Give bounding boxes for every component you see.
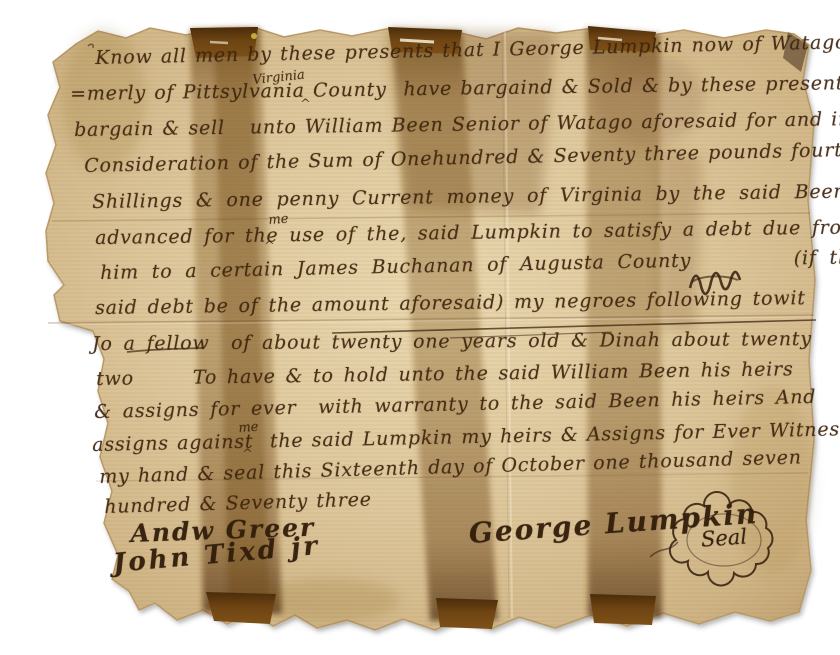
manuscript-line: & assigns for ever with warranty to the … bbox=[94, 387, 817, 424]
manuscript-line: advanced for the use of the, said Lumpki… bbox=[95, 217, 840, 250]
interline-insertion: me bbox=[238, 421, 259, 435]
manuscript-text: Know all men by these presents that I Ge… bbox=[0, 0, 840, 655]
caret-mark: ^ bbox=[300, 98, 311, 111]
caret-mark: ^ bbox=[242, 448, 253, 461]
manuscript-line: Jo a fellow of about twenty one years ol… bbox=[92, 329, 812, 356]
manuscript-line: said debt be of the amount aforesaid) my… bbox=[95, 288, 806, 320]
manuscript-line: Shillings & one penny Current money of V… bbox=[92, 181, 840, 213]
manuscript-line: =merly of Pittsylvania County have barga… bbox=[70, 73, 840, 106]
manuscript-line: him to a certain James Buchanan of Augus… bbox=[100, 247, 840, 285]
manuscript-line: Consideration of the Sum of Onehundred &… bbox=[84, 139, 840, 178]
seal-label: Seal bbox=[700, 526, 747, 550]
scanned-document-photo: Know all men by these presents that I Ge… bbox=[0, 0, 840, 655]
manuscript-line: two To have & to hold unto the said Will… bbox=[96, 359, 794, 391]
interline-insertion: me bbox=[268, 213, 289, 227]
manuscript-line: Know all men by these presents that I Ge… bbox=[95, 31, 840, 70]
manuscript-line: bargain & sell unto William Been Senior … bbox=[74, 109, 840, 142]
caret-mark: ^ bbox=[264, 240, 275, 253]
